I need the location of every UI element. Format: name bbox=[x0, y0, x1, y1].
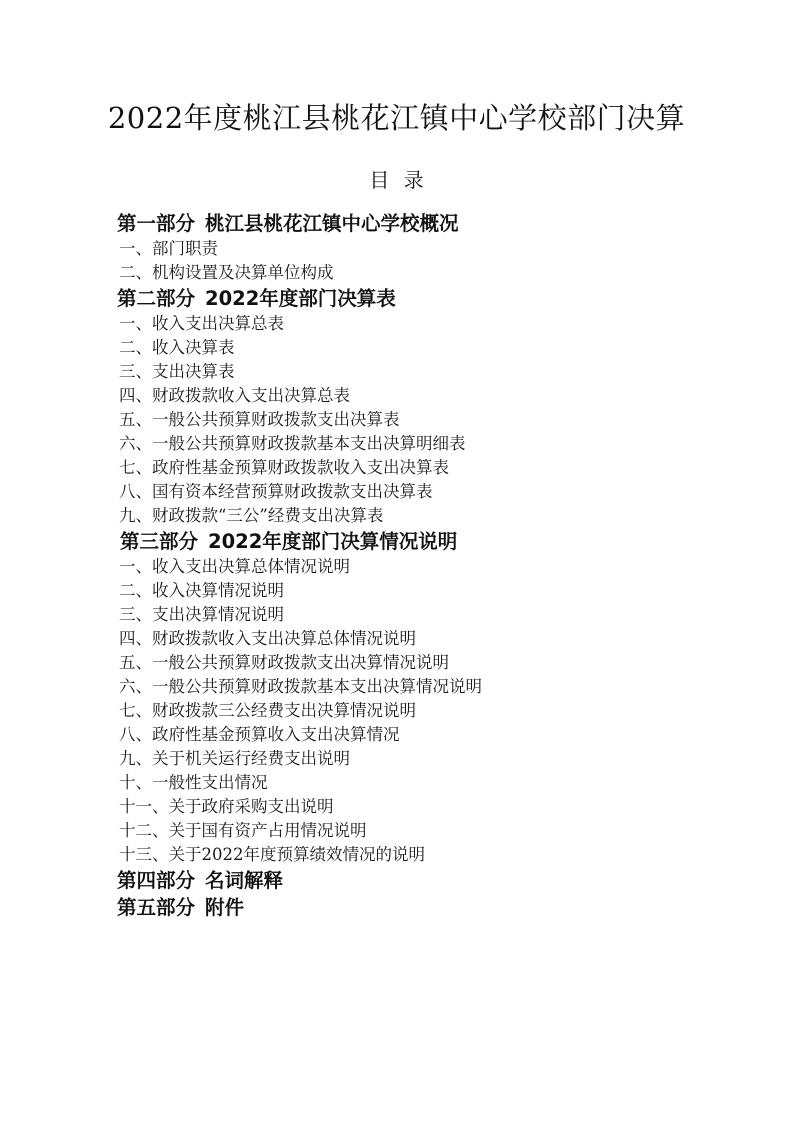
toc-item: 二、收入决算情况说明 bbox=[117, 579, 717, 603]
toc-item: 十二、关于国有资产占用情况说明 bbox=[117, 819, 717, 843]
part-title: 名词解释 bbox=[205, 869, 283, 892]
toc-item: 三、支出决算情况说明 bbox=[117, 603, 717, 627]
toc-item: 十三、关于2022年度预算绩效情况的说明 bbox=[117, 843, 717, 867]
toc-item: 十一、关于政府采购支出说明 bbox=[117, 795, 717, 819]
toc-item: 二、机构设置及决算单位构成 bbox=[117, 261, 717, 285]
toc-item: 九、财政拨款“三公”经费支出决算表 bbox=[117, 504, 717, 528]
toc-item: 五、一般公共预算财政拨款支出决算表 bbox=[117, 408, 717, 432]
toc-part-4: 第四部分名词解释 bbox=[117, 867, 717, 894]
part-title: 2022年度部门决算表 bbox=[205, 287, 396, 310]
toc-heading: 目 录 bbox=[0, 164, 793, 193]
toc-part-2: 第二部分2022年度部门决算表 bbox=[117, 285, 717, 312]
toc-item: 六、一般公共预算财政拨款基本支出决算明细表 bbox=[117, 432, 717, 456]
part-title: 附件 bbox=[205, 896, 244, 919]
toc-item: 一、收入支出决算总表 bbox=[117, 312, 717, 336]
part-label: 第二部分 bbox=[117, 287, 195, 310]
toc-item: 十、一般性支出情况 bbox=[117, 771, 717, 795]
part-label: 第五部分 bbox=[117, 896, 195, 919]
toc-item: 九、关于机关运行经费支出说明 bbox=[117, 747, 717, 771]
toc-item: 七、财政拨款三公经费支出决算情况说明 bbox=[117, 699, 717, 723]
toc-part-1: 第一部分桃江县桃花江镇中心学校概况 bbox=[117, 210, 717, 237]
toc-item: 五、一般公共预算财政拨款支出决算情况说明 bbox=[117, 651, 717, 675]
table-of-contents: 第一部分桃江县桃花江镇中心学校概况 一、部门职责 二、机构设置及决算单位构成 第… bbox=[117, 210, 717, 921]
toc-item: 八、国有资本经营预算财政拨款支出决算表 bbox=[117, 480, 717, 504]
part-title: 桃江县桃花江镇中心学校概况 bbox=[205, 212, 459, 235]
toc-item: 二、收入决算表 bbox=[117, 336, 717, 360]
part-label: 第一部分 bbox=[117, 212, 195, 235]
toc-item: 三、支出决算表 bbox=[117, 360, 717, 384]
document-title: 2022年度桃江县桃花江镇中心学校部门决算 bbox=[0, 96, 793, 137]
part-label: 第三部分 bbox=[120, 530, 198, 553]
toc-item: 六、一般公共预算财政拨款基本支出决算情况说明 bbox=[117, 675, 717, 699]
toc-item: 八、政府性基金预算收入支出决算情况 bbox=[117, 723, 717, 747]
toc-item: 一、部门职责 bbox=[117, 237, 717, 261]
toc-part-5: 第五部分附件 bbox=[117, 894, 717, 921]
toc-item: 七、政府性基金预算财政拨款收入支出决算表 bbox=[117, 456, 717, 480]
part-label: 第四部分 bbox=[117, 869, 195, 892]
toc-item: 四、财政拨款收入支出决算总体情况说明 bbox=[117, 627, 717, 651]
toc-part-3: 第三部分2022年度部门决算情况说明 bbox=[117, 528, 717, 555]
toc-item: 一、收入支出决算总体情况说明 bbox=[117, 555, 717, 579]
toc-item: 四、财政拨款收入支出决算总表 bbox=[117, 384, 717, 408]
part-title: 2022年度部门决算情况说明 bbox=[208, 530, 457, 553]
